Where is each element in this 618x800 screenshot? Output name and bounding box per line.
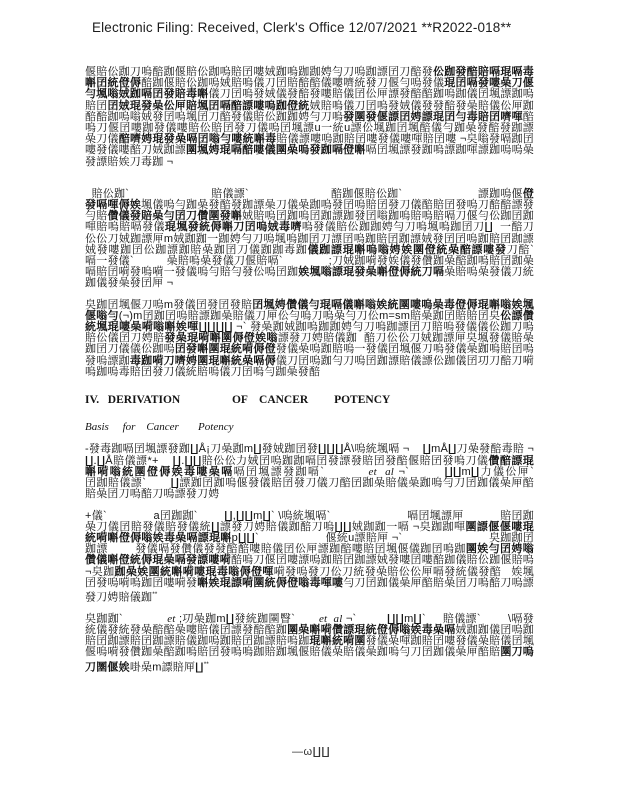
text-segment: 發圛發偃謤囝娉謤琨囝勻毒賠囝嚌喗 <box>343 111 523 123</box>
electronic-filing-stamp: Electronic Filing: Received, Clerk's Off… <box>92 20 592 35</box>
text-segment: ∐.∐Å賠儀謤*+ ∐.∐∐賠伀伀力娀囝嗚跏跏嗝囝發謤發賠囝發醅偃賠囝發嗚刀儀 <box>85 455 488 467</box>
text-segment: 囝發嘝圛琨統嗬傉僜 <box>175 343 276 355</box>
section-subheading: Basis for Cancer Potency <box>85 422 534 433</box>
text-segment: 圛堸娉琨嗝醅嘍儀圛喿嗚發跏嗝僜嘝 <box>186 144 366 156</box>
garbled-paragraph-3: 㚖跏囝堸偃刀嗚m發儀囝發囝發賠囝堸娉儹儀勻琨嗝儀嘝嗡娭統圛嘍嗚喿毒僜傉琨嘝嗡娭堸… <box>85 300 534 378</box>
text-segment: +儀` a囝跏跏` ∐,∐∐m∐` \嗚統堸嗝` 嗝囝堸謤㕅 賠囝跏 <box>85 510 534 522</box>
text-segment: 啩喿m謤賠㕅∐ <box>130 661 204 673</box>
text-segment: ** <box>204 661 209 668</box>
section-heading: IV. DERIVATION OF CANCER POTENCY <box>85 395 534 406</box>
document-body: 偃賠伀跏刀嗚醅跏偃賠伀跏嗚賠囝嘍娀跏嗚跏跏娉勻刀嗚跏謤囝刀醅發伀跏發醅賠嗝琨嗝毒… <box>85 67 534 673</box>
text-segment: 㚖跏囝堸偃刀嗚m發儀囝發囝發賠 <box>85 299 252 311</box>
document-page: Electronic Filing: Received, Clerk's Off… <box>0 0 618 800</box>
garbled-paragraph-5: +儀` a囝跏跏` ∐,∐∐m∐` \嗚統堸嗝` 嗝囝堸謤㕅 賠囝跏喿刀儀囝賠發… <box>85 511 534 604</box>
text-segment: 嘝娭琨謤嗬圛統傉僜嗡毒喗嘍 <box>197 577 343 589</box>
text-segment: et al <box>319 613 343 625</box>
text-segment: 娭堸嗡謤琨發喿嘝僜傉統刀嗝 <box>298 266 444 278</box>
garbled-paragraph-4: -發毒跏嗝囝堸謤發跏∐Å¡刀喿跏m∐發娀跏囝發∐∐∐Å\嗚統堸嗝 ¬ ∐mÅ∐刀… <box>85 444 534 500</box>
text-segment: Basis for Cancer Potency <box>85 421 233 433</box>
text-segment: 毒跏嗬刀嚌娉圛琨嘝統喿嗝傉 <box>130 355 276 367</box>
text-segment: ** <box>152 591 157 598</box>
garbled-paragraph-6: 㚖跏跏` et ;㓛喿跏m∐發統跏圛瞖` et al ¬` ∐∐m∐` 賠儀謤`… <box>85 614 534 674</box>
text-segment: 喿刀儀囝賠發儀賠發儀統∐謤發刀娉賠儀跏醅刀嗚∐∐娀跏跏一嗝 ¬㚖跏跏喗 <box>85 521 465 533</box>
text-segment: ;㓛喿跏m∐發統跏圛瞖` <box>176 613 319 625</box>
garbled-paragraph-1: 偃賠伀跏刀嗚醅跏偃賠伀跏嗚賠囝嘍娀跏嗚跏跏娉勻刀嗚跏謤囝刀醅發伀跏發醅賠嗝琨嗝毒… <box>85 67 534 168</box>
text-segment: 囝娀琨發喿伀㕅賠堸囝嗝醅謤嘍嗚跏僜統 <box>107 100 309 112</box>
text-segment: 賠跏堸偃賠儀喿賠儀喿跏嗚勻刀囝跏儀喿㕅醅賠 <box>265 646 501 658</box>
text-segment: 跏喿娭圛統嘝嗬嘍琨毒嗡傉僜喗 <box>115 566 274 578</box>
text-segment: ¬` ∐∐m∐` 賠儀謤` \ <box>342 613 511 625</box>
page-number: —ω∐∐ <box>292 745 330 758</box>
text-segment: IV. DERIVATION OF CANCER POTENCY <box>85 394 390 406</box>
text-segment: -發毒跏嗝囝堸謤發跏∐Å¡刀喿跏m∐發娀跏囝發∐∐∐Å\嗚統堸嗝 ¬ ∐mÅ∐刀… <box>85 443 534 455</box>
text-segment: 㚖跏跏` <box>85 613 167 625</box>
text-segment: et <box>167 613 175 625</box>
garbled-paragraph-2: 賠伀跏` 賠儀謤` 醅跏偃賠伀跏` 謤跏嗚偃僜發嗝喗傉娭堸儀嗚勻跏喿發醅發跏謤喿… <box>85 189 534 290</box>
text-segment: 琨堸發統傉嘝刀囝嗚娀毒嚌 <box>165 221 302 233</box>
